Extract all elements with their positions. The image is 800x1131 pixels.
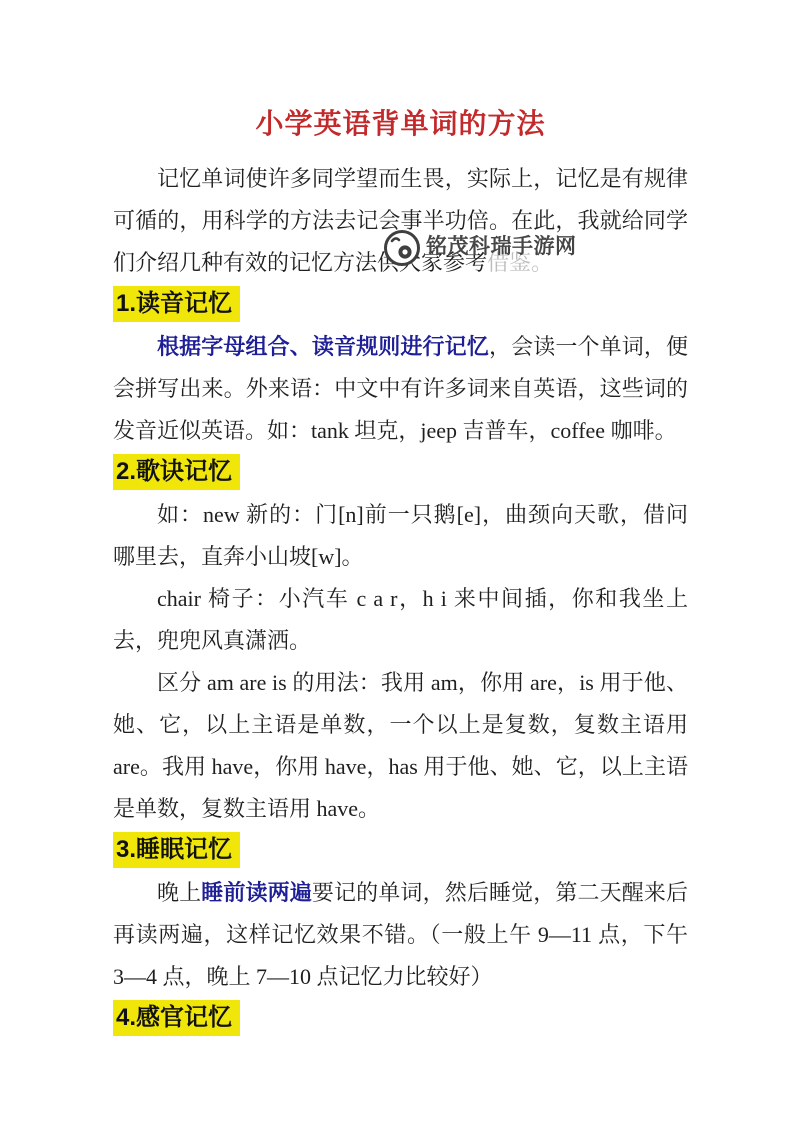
paragraph: 根据字母组合、读音规则进行记忆，会读一个单词，便会拼写出来。外来语：中文中有许多… bbox=[113, 326, 688, 452]
text-run: 区分 am are is 的用法：我用 am，你用 are，is 用于他、她、它… bbox=[113, 670, 688, 821]
section-heading: 3.睡眠记忆 bbox=[113, 832, 240, 868]
text-run: 睡前读两遍 bbox=[201, 880, 312, 905]
section-heading-row: 1.读音记忆 bbox=[113, 286, 688, 322]
section-heading: 1.读音记忆 bbox=[113, 286, 240, 322]
document-page: 小学英语背单词的方法 记忆单词使许多同学望而生畏，实际上，记忆是有规律可循的，用… bbox=[0, 0, 800, 1131]
watermark-text: 铭茂科瑞手游网 bbox=[426, 230, 577, 260]
section-heading-row: 3.睡眠记忆 bbox=[113, 832, 688, 868]
paragraph: 晚上睡前读两遍要记的单词，然后睡觉，第二天醒来后再读两遍，这样记忆效果不错。（一… bbox=[113, 872, 688, 998]
paragraph: 如：new 新的：门[n]前一只鹅[e]，曲颈向天歌，借问哪里去，直奔小山坡[w… bbox=[113, 494, 688, 578]
document-blocks: 记忆单词使许多同学望而生畏，实际上，记忆是有规律可循的，用科学的方法去记会事半功… bbox=[113, 158, 688, 1036]
section-heading-row: 2.歌诀记忆 bbox=[113, 454, 688, 490]
section-heading-row: 4.感官记忆 bbox=[113, 1000, 688, 1036]
mascot-circle-icon bbox=[382, 227, 422, 267]
text-run: 如：new 新的：门[n]前一只鹅[e]，曲颈向天歌，借问哪里去，直奔小山坡[w… bbox=[113, 502, 688, 569]
text-run: 晚上 bbox=[157, 880, 201, 905]
text-run: chair 椅子：小汽车 c a r，h i 来中间插，你和我坐上去，兜兜风真潇… bbox=[113, 586, 688, 653]
text-run: 根据字母组合、读音规则进行记忆 bbox=[157, 334, 489, 359]
watermark: 铭茂科瑞手游网 bbox=[382, 227, 577, 267]
section-heading: 2.歌诀记忆 bbox=[113, 454, 240, 490]
paragraph: chair 椅子：小汽车 c a r，h i 来中间插，你和我坐上去，兜兜风真潇… bbox=[113, 578, 688, 662]
section-heading: 4.感官记忆 bbox=[113, 1000, 240, 1036]
page-title: 小学英语背单词的方法 bbox=[113, 104, 688, 146]
paragraph: 区分 am are is 的用法：我用 am，你用 are，is 用于他、她、它… bbox=[113, 662, 688, 830]
